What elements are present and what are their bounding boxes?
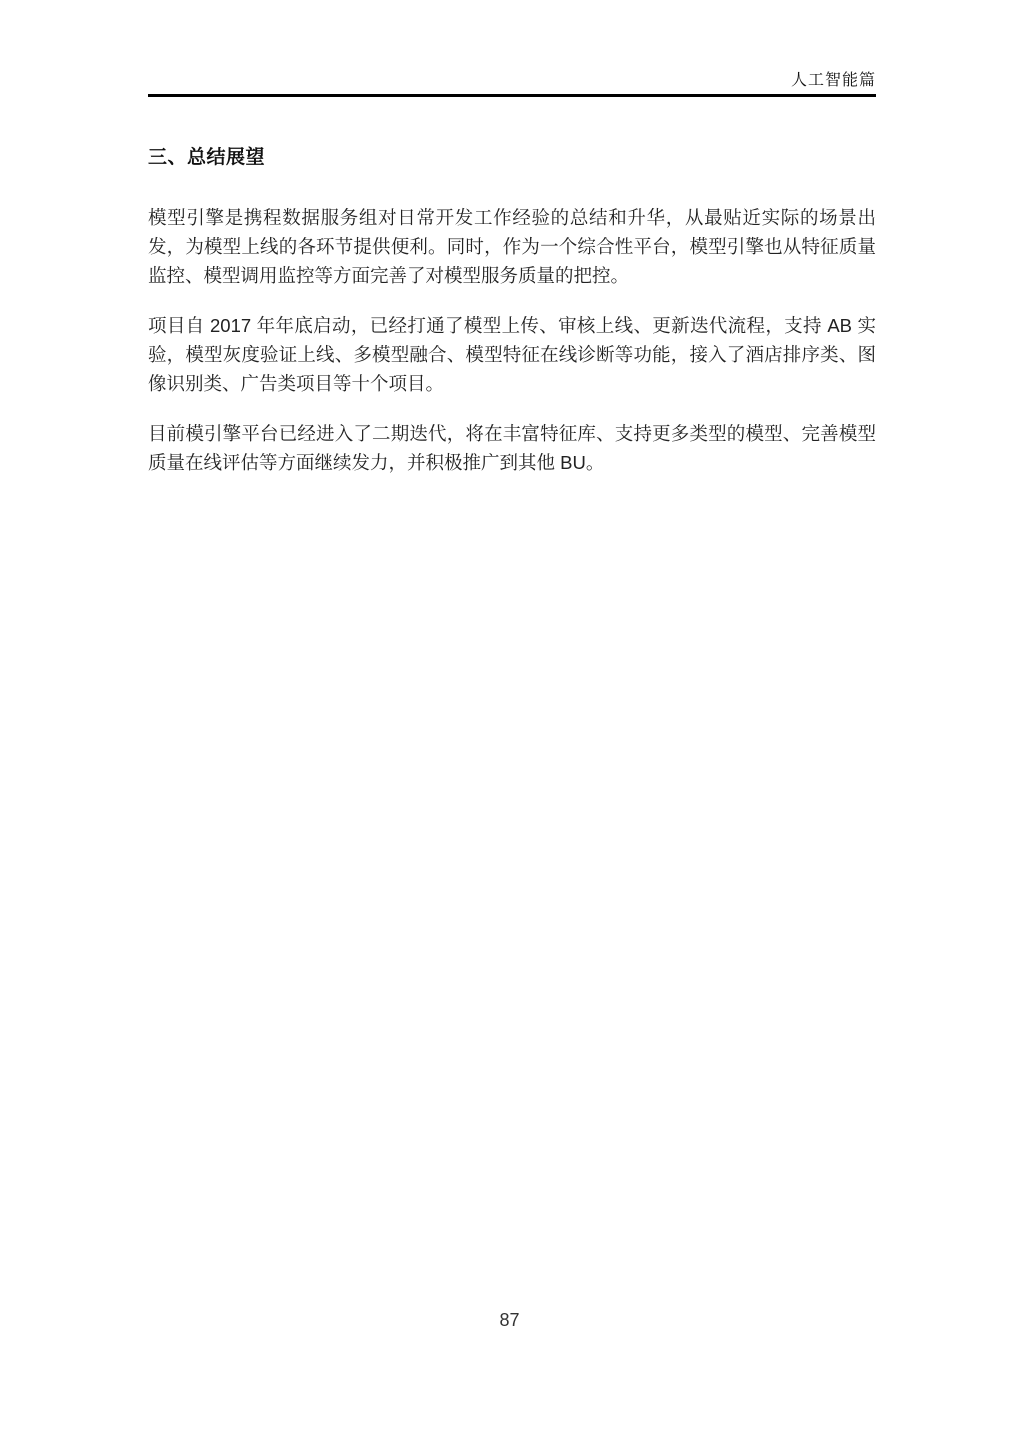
page-content: 三、总结展望 模型引擎是携程数据服务组对日常开发工作经验的总结和升华，从最贴近实…	[148, 143, 876, 498]
paragraph-project-history: 项目自 2017 年年底启动，已经打通了模型上传、审核上线、更新迭代流程，支持 …	[148, 311, 876, 398]
section-heading: 三、总结展望	[148, 143, 876, 172]
page-number: 87	[499, 1310, 519, 1330]
document-page: 人工智能篇 三、总结展望 模型引擎是携程数据服务组对日常开发工作经验的总结和升华…	[0, 0, 1019, 1440]
paragraph-summary-intro: 模型引擎是携程数据服务组对日常开发工作经验的总结和升华，从最贴近实际的场景出发，…	[148, 203, 876, 290]
page-footer: 87	[0, 1310, 1019, 1331]
header-rule	[148, 94, 876, 97]
header-chapter-title: 人工智能篇	[791, 71, 876, 91]
paragraph-future-outlook: 目前模引擎平台已经进入了二期迭代，将在丰富特征库、支持更多类型的模型、完善模型质…	[148, 419, 876, 477]
